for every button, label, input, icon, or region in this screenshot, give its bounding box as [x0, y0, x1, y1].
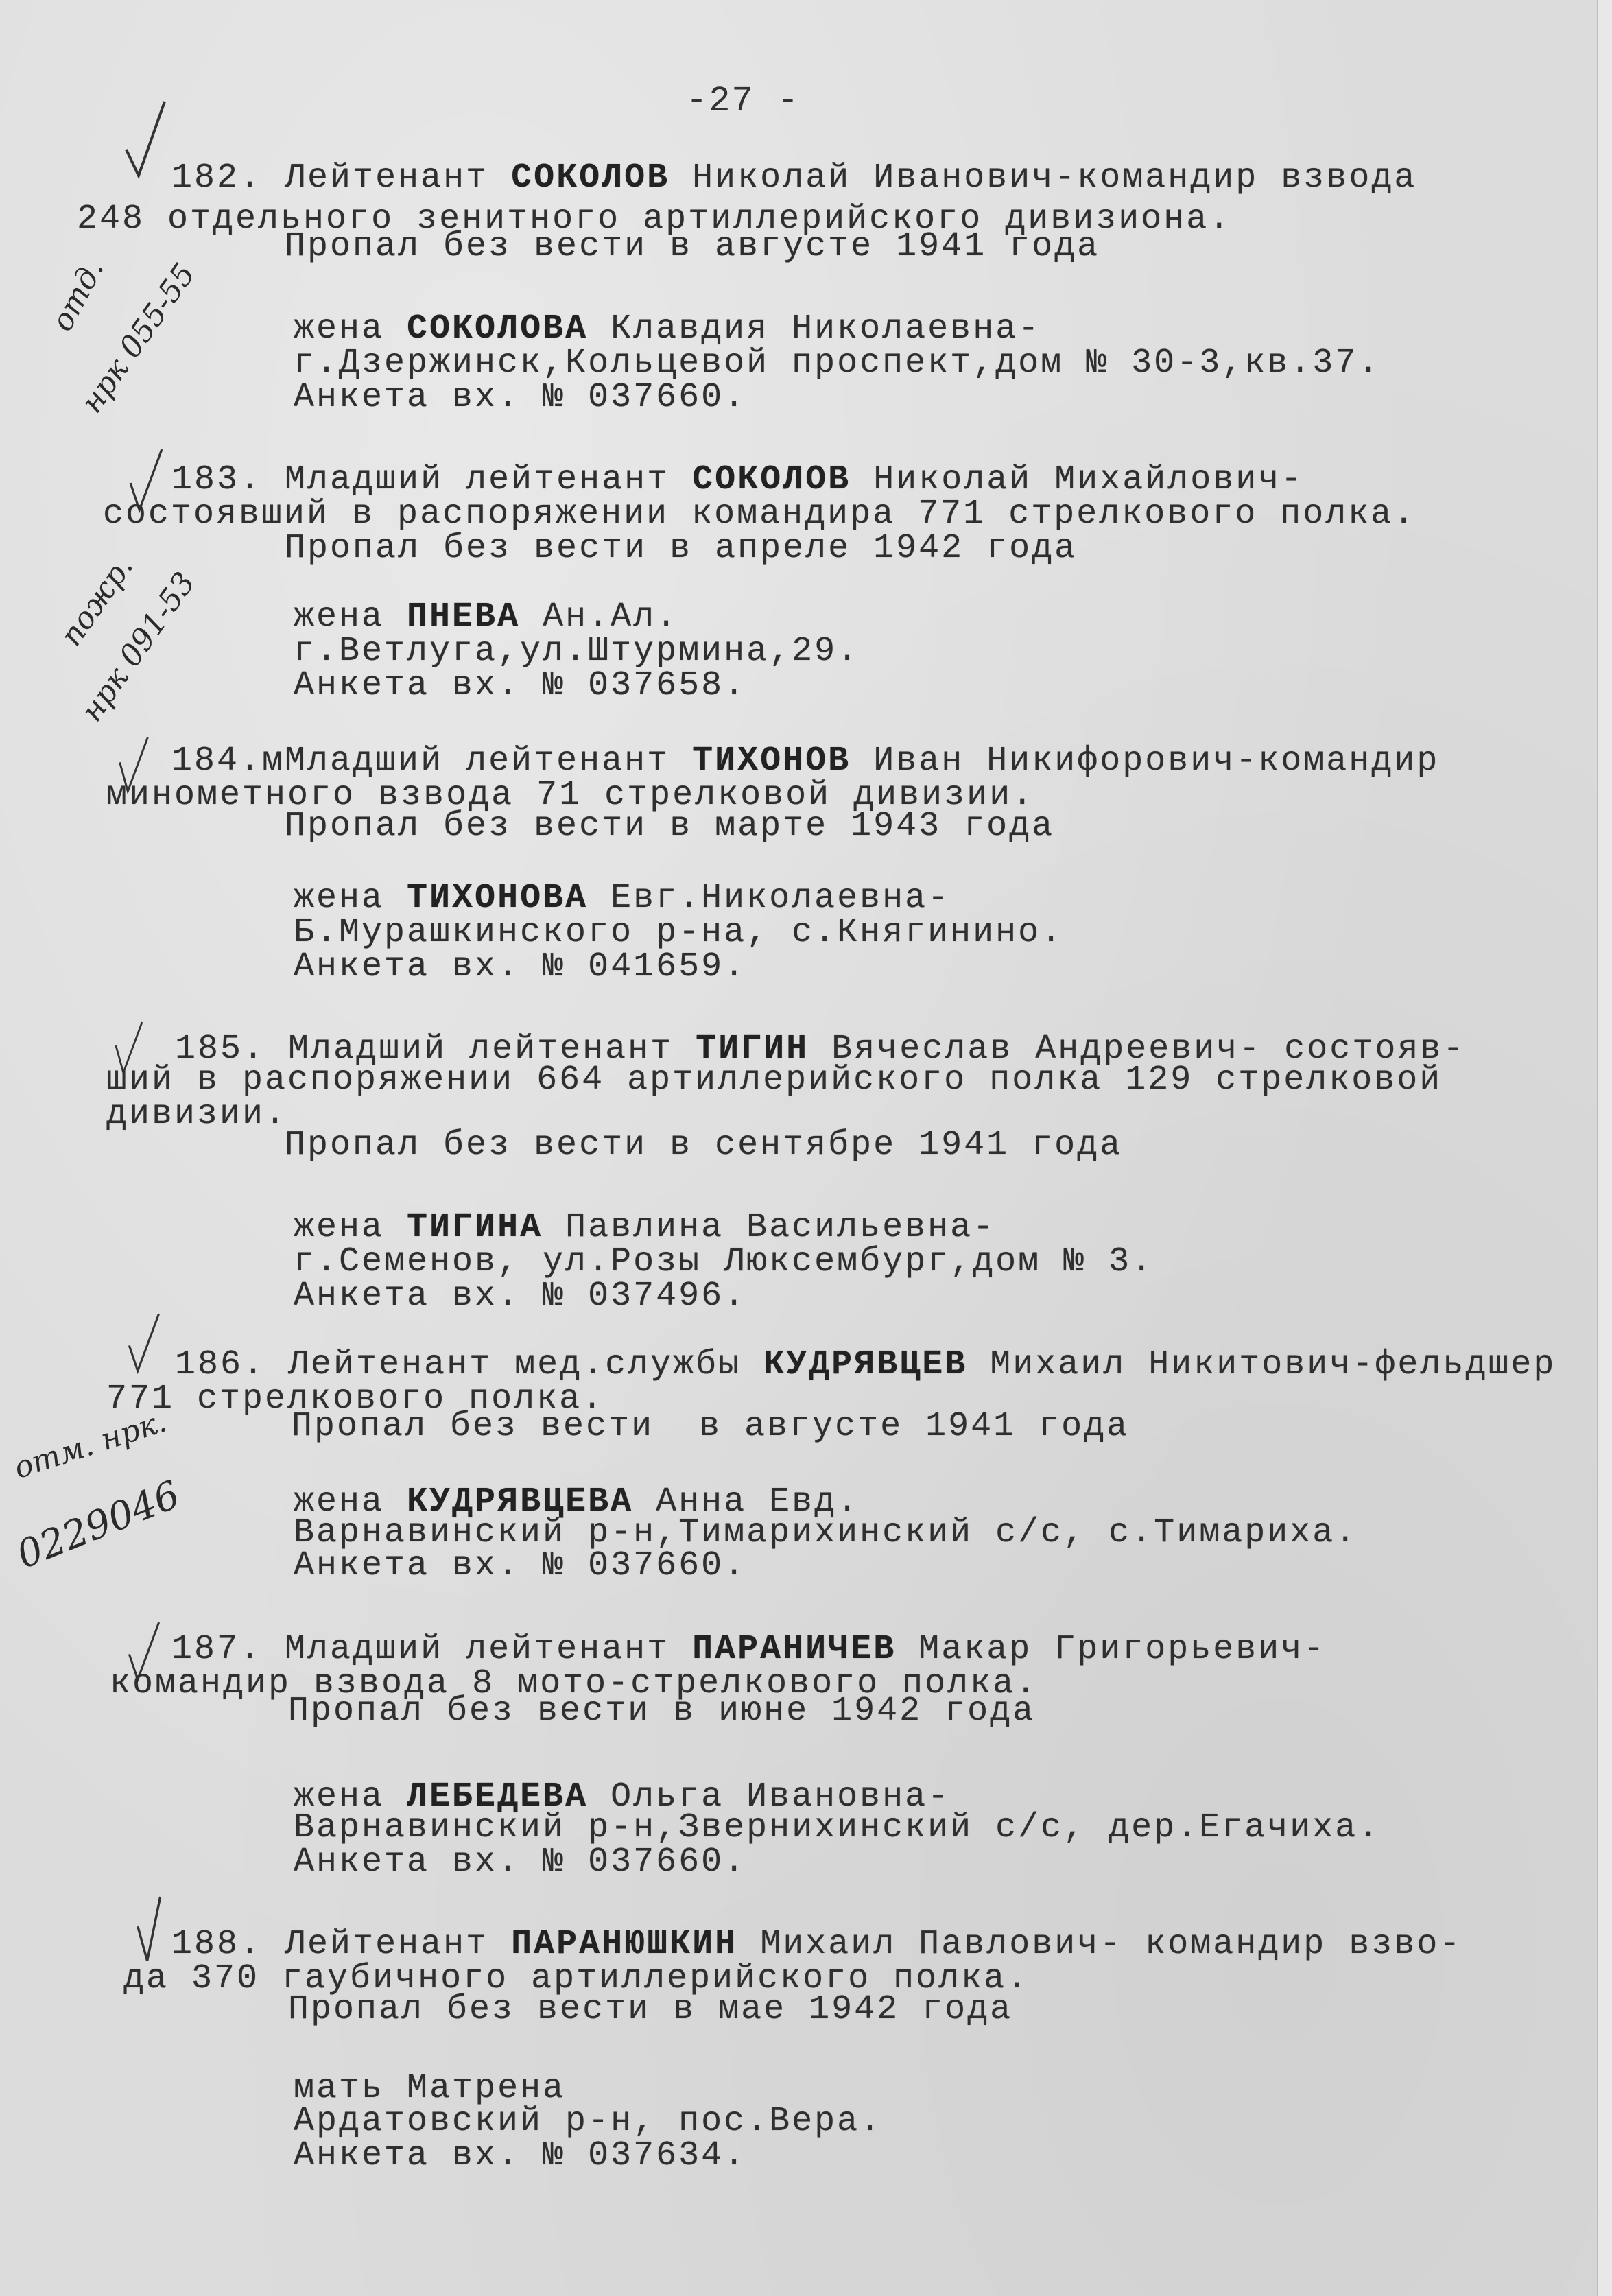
entry-186-form: Анкета вх. № 037660.	[294, 1549, 746, 1583]
entry-number: 187.	[171, 1630, 262, 1669]
entry-184-address: Б.Мурашкинского р-на, с.Княгинино.	[294, 916, 1063, 950]
relative-type: жена	[294, 309, 384, 348]
entry-185-missing: Пропал без вести в сентябре 1941 года	[285, 1128, 1122, 1163]
checkmark-icon	[125, 102, 166, 177]
checkmark-icon	[134, 1897, 175, 1962]
entry-188-address: Ардатовский р-н, пос.Вера.	[294, 2105, 882, 2139]
entry-185-form: Анкета вх. № 037496.	[294, 1279, 746, 1314]
entry-183-form: Анкета вх. № 037658.	[294, 669, 746, 703]
relative-name: Павлина Васильевна-	[565, 1208, 995, 1247]
entry-rank: Младший лейтенант	[285, 460, 669, 499]
entry-rank: Лейтенант мед.службы	[288, 1345, 741, 1384]
entry-details: Михаил Павлович- командир взво-	[760, 1925, 1462, 1964]
entry-rank: Лейтенант	[285, 1925, 488, 1964]
entry-184-relative: жена ТИХОНОВА Евг.Николаевна-	[294, 881, 950, 916]
entry-183-line2: состоявший в распоряжении командира 771 …	[103, 497, 1416, 532]
entry-185-line2: ший в распоряжении 664 артиллерийского п…	[106, 1063, 1442, 1098]
entry-number: 183.	[171, 460, 262, 499]
entry-187-missing: Пропал без вести в июне 1942 года	[288, 1694, 1035, 1729]
entry-surname: СОКОЛОВ	[692, 460, 851, 499]
entry-number: 188.	[171, 1925, 262, 1964]
entry-188-missing: Пропал без вести в мае 1942 года	[288, 1993, 1012, 2027]
relative-type: жена	[294, 597, 384, 637]
entry-details: Макар Григорьевич-	[918, 1630, 1326, 1669]
page-number: -27 -	[686, 81, 800, 121]
entry-details: Николай Иванович-командир взвода	[692, 158, 1417, 198]
relative-name: Евг.Николаевна-	[611, 879, 950, 918]
entry-183-missing: Пропал без вести в апреле 1942 года	[285, 532, 1077, 566]
entry-surname: КУДРЯВЦЕВ	[763, 1345, 967, 1384]
entry-184-form: Анкета вх. № 041659.	[294, 950, 746, 984]
entry-rank: Лейтенант	[285, 158, 488, 198]
relative-surname: СОКОЛОВА	[407, 309, 588, 348]
checkmark-icon	[123, 1314, 165, 1372]
entry-182-address: г.Дзержинск,Кольцевой проспект,дом № 30-…	[294, 346, 1380, 381]
entry-surname: ТИХОНОВ	[692, 742, 851, 781]
entry-details: Иван Никифорович-командир	[873, 742, 1439, 781]
entry-185-address: г.Семенов, ул.Розы Люксембург,дом № 3.	[294, 1245, 1154, 1279]
entry-184-line1: 184.мМладший лейтенант ТИХОНОВ Иван Ники…	[171, 744, 1439, 779]
page-edge	[1597, 0, 1612, 2296]
entry-surname: ПАРАНЮШКИН	[511, 1925, 737, 1964]
entry-187-line1: 187. Младший лейтенант ПАРАНИЧЕВ Макар Г…	[171, 1633, 1326, 1667]
relative-type: жена	[294, 1208, 384, 1247]
entry-186-line1: 186. Лейтенант мед.службы КУДРЯВЦЕВ Миха…	[175, 1348, 1556, 1382]
entry-number: 186.	[175, 1345, 265, 1384]
relative-name: Ан.Ал.	[543, 597, 678, 637]
entry-183-relative: жена ПНЕВА Ан.Ал.	[294, 600, 678, 635]
entry-184-missing: Пропал без вести в марте 1943 года	[285, 809, 1054, 844]
entry-187-address: Варнавинский р-н,Зверниxинский с/с, дер.…	[294, 1811, 1380, 1845]
relative-name: Клавдия Николаевна-	[611, 309, 1041, 348]
entry-surname: СОКОЛОВ	[511, 158, 669, 198]
relative-type: жена	[294, 879, 384, 918]
entry-number: 184.	[171, 742, 262, 781]
entry-182-line1: 182. Лейтенант СОКОЛОВ Николай Иванович-…	[171, 161, 1417, 196]
entry-rank: Младший лейтенант	[285, 1630, 669, 1669]
entry-187-form: Анкета вх. № 037660.	[294, 1845, 746, 1880]
entry-188-form: Анкета вх. № 037634.	[294, 2139, 746, 2173]
entry-details: Михаил Никитович-фельдшер	[990, 1345, 1556, 1384]
entry-185-line3: дивизии.	[106, 1098, 287, 1132]
entry-185-relative: жена ТИГИНА Павлина Васильевна-	[294, 1211, 995, 1245]
relative-surname: ПНЕВА	[407, 597, 520, 637]
entry-186-missing: Пропал без вести в августе 1941 года	[292, 1410, 1129, 1444]
entry-rank: мМладший лейтенант	[262, 742, 669, 781]
entry-183-line1: 183. Младший лейтенант СОКОЛОВ Николай М…	[171, 463, 1303, 497]
relative-surname: ТИХОНОВА	[407, 879, 588, 918]
entry-188-line1: 188. Лейтенант ПАРАНЮШКИН Михаил Павлови…	[171, 1928, 1462, 1962]
entry-details: Николай Михайлович-	[873, 460, 1303, 499]
entry-182-form: Анкета вх. № 037660.	[294, 381, 746, 415]
entry-186-address: Варнавинский р-н,Тимарихинский с/с, с.Ти…	[294, 1516, 1358, 1550]
entry-188-relative: мать Матрена	[294, 2072, 565, 2106]
entry-183-address: г.Ветлуга,ул.Штурмина,29.	[294, 635, 860, 669]
relative-surname: ТИГИНА	[407, 1208, 543, 1247]
entry-182-relative: жена СОКОЛОВА Клавдия Николаевна-	[294, 312, 1041, 346]
entry-number: 182.	[171, 158, 262, 198]
entry-182-missing: Пропал без вести в августе 1941 года	[285, 230, 1100, 264]
entry-surname: ПАРАНИЧЕВ	[692, 1630, 896, 1669]
